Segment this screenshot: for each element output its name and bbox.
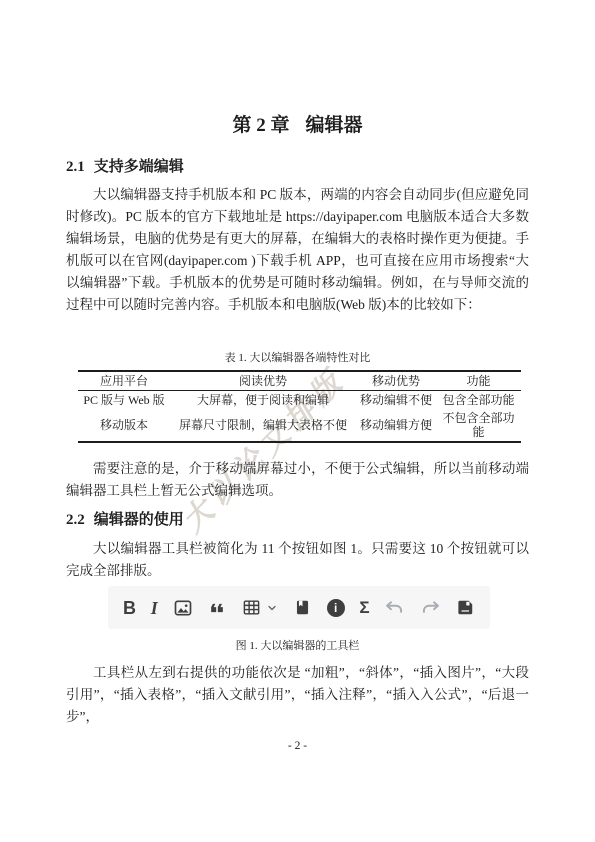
table-header-row: 应用平台 阅读优势 移动优势 功能: [78, 371, 521, 391]
paragraph: 大以编辑器支持手机版本和 PC 版本，两端的内容会自动同步(但应避免同时修改)。…: [66, 184, 529, 316]
chevron-down-icon: [266, 602, 278, 614]
undo-icon: [384, 597, 405, 618]
paragraph: 工具栏从左到右提供的功能依次是 “加粗”，“斜体”，“插入图片”，“大段引用”，…: [66, 662, 529, 728]
chapter-title-text: 编辑器: [306, 115, 363, 136]
paragraph: 需要注意的是，介于移动端屏幕过小，不便于公式编辑，所以当前移动端编辑器工具栏上暂…: [66, 458, 529, 502]
table-cell: PC 版与 Web 版: [78, 391, 170, 410]
table-caption: 表 1. 大以编辑器各端特性对比: [0, 349, 595, 365]
bold-icon: B: [123, 599, 136, 617]
insert-table-icon: [242, 598, 261, 617]
table-cell: 大屏幕，便于阅读和编辑: [170, 391, 356, 410]
column-header: 移动优势: [356, 371, 436, 391]
page-number: - 2 -: [0, 740, 595, 752]
comparison-table: 应用平台 阅读优势 移动优势 功能 PC 版与 Web 版 大屏幕，便于阅读和编…: [78, 370, 521, 443]
table-cell: 移动编辑不便: [356, 391, 436, 410]
section-number: 2.2: [66, 512, 85, 528]
column-header: 功能: [436, 371, 521, 391]
section-heading-2-1: 2.1支持多端编辑: [66, 155, 184, 176]
insert-citation-icon: [293, 598, 312, 617]
section-heading-2-2: 2.2编辑器的使用: [66, 508, 184, 529]
paragraph: 大以编辑器工具栏被简化为 11 个按钮如图 1。只需要这 10 个按钮就可以完成…: [66, 538, 529, 582]
column-header: 应用平台: [78, 371, 170, 391]
section-title: 支持多端编辑: [94, 159, 184, 175]
table-row: 移动版本 屏幕尺寸限制，编辑大表格不便 移动编辑方便 不包含全部功能: [78, 409, 521, 442]
table-cell: 屏幕尺寸限制，编辑大表格不便: [170, 409, 356, 442]
save-icon: [456, 598, 475, 617]
chapter-heading: 第 2 章编辑器: [0, 110, 595, 137]
table-cell: 不包含全部功能: [436, 409, 521, 442]
insert-image-icon: [173, 598, 193, 618]
column-header: 阅读优势: [170, 371, 356, 391]
table-button-group: [242, 598, 278, 617]
info-glyph: i: [334, 602, 337, 614]
figure-caption: 图 1. 大以编辑器的工具栏: [0, 637, 595, 653]
page-content: 第 2 章编辑器 2.1支持多端编辑 大以编辑器支持手机版本和 PC 版本，两端…: [0, 0, 595, 842]
insert-formula-icon: Σ: [359, 599, 369, 616]
blockquote-icon: [207, 598, 227, 618]
redo-icon: [420, 597, 441, 618]
document-page: 大以论文排版 第 2 章编辑器 2.1支持多端编辑 大以编辑器支持手机版本和 P…: [0, 0, 595, 842]
table-cell: 移动编辑方便: [356, 409, 436, 442]
table-row: PC 版与 Web 版 大屏幕，便于阅读和编辑 移动编辑不便 包含全部功能: [78, 391, 521, 410]
italic-icon: I: [151, 599, 158, 617]
table-cell: 移动版本: [78, 409, 170, 442]
chapter-number: 第 2 章: [232, 115, 289, 136]
section-title: 编辑器的使用: [94, 512, 184, 528]
section-number: 2.1: [66, 159, 85, 175]
table-cell: 包含全部功能: [436, 391, 521, 410]
editor-toolbar-figure: B I: [108, 586, 490, 629]
insert-note-icon: i: [327, 599, 345, 617]
